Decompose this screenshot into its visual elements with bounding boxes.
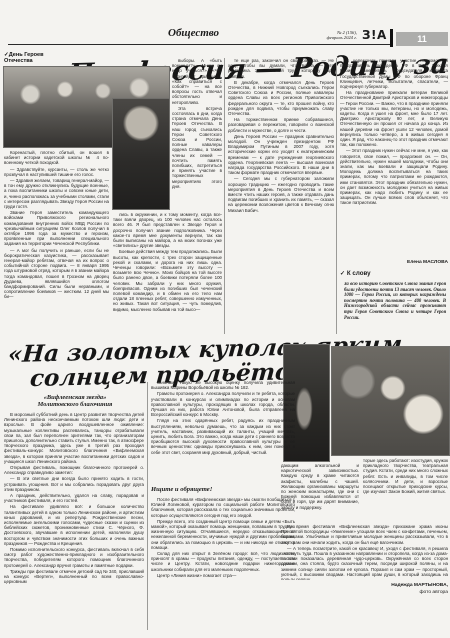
photo-children-audience: [331, 346, 450, 456]
article2-strip-under-photo4: торые здесь работают: изостудия, кружок …: [363, 458, 448, 518]
issue-info: № 2 (156), февраль 2024 г.: [295, 30, 357, 41]
article2-column-1: В морозный субботний день в Центр развит…: [4, 412, 144, 602]
photo-soldier-winter-hat: [112, 98, 170, 210]
issue-date: февраль 2024 г.: [295, 35, 357, 40]
page-number-box: 11: [396, 32, 448, 46]
article2-author: Надежда МАРТЫНОВА,: [300, 583, 448, 588]
article1-column-2-bottom: лись в окружении, и к тому моменту, когд…: [113, 212, 222, 334]
article2-subhead-1: «Вифлеемская звезда» Молитовского благоч…: [4, 394, 146, 409]
article2-subhead-2: Ищите и обрящете!: [151, 486, 212, 493]
article1-column-3: те еще раз, закончил он свой рассказ. — …: [228, 58, 334, 334]
header-rule: [8, 44, 390, 45]
article1-column-1: Коренастый, плотно сбитый, он вошел в ка…: [4, 150, 109, 334]
article2-column-2-top: канонам. Такую же высокую оценку получил…: [151, 380, 295, 482]
rubric-heroes-day: ✓День Героев Отечества: [4, 52, 66, 65]
header-divider-bar: [390, 29, 393, 47]
article1-column-2-top: выборы. А «быть военным?», «Много ли над…: [172, 58, 222, 208]
column-rule-1: [224, 58, 225, 334]
article1-column-4: В церемонии приняли участие полномочный …: [340, 58, 448, 258]
article2-column-2-bottom: После фестиваля «Вифлеемская звезда» мы …: [151, 497, 295, 630]
newspaper-logo: З!А: [362, 28, 387, 42]
aside-text: За всю историю Советского Союза звания Г…: [344, 282, 446, 336]
column-rule-3: [147, 382, 148, 630]
article2-column-3: Во время фестиваля «Вифлеемская звезда» …: [281, 524, 448, 580]
article1-author: Елена МАСЛОВА: [340, 260, 448, 265]
article2-author-note: фото автора: [300, 590, 448, 595]
check-icon: ✓: [340, 270, 345, 277]
column-rule-2: [336, 58, 337, 334]
aside-title: ✓ К слову: [340, 270, 371, 277]
newspaper-page: Общество № 2 (156), февраль 2024 г. З!А …: [0, 0, 450, 638]
section-title: Общество: [168, 27, 219, 39]
article2-strip-under-photo3: дающим алкогольной и наркотической завис…: [281, 463, 359, 523]
